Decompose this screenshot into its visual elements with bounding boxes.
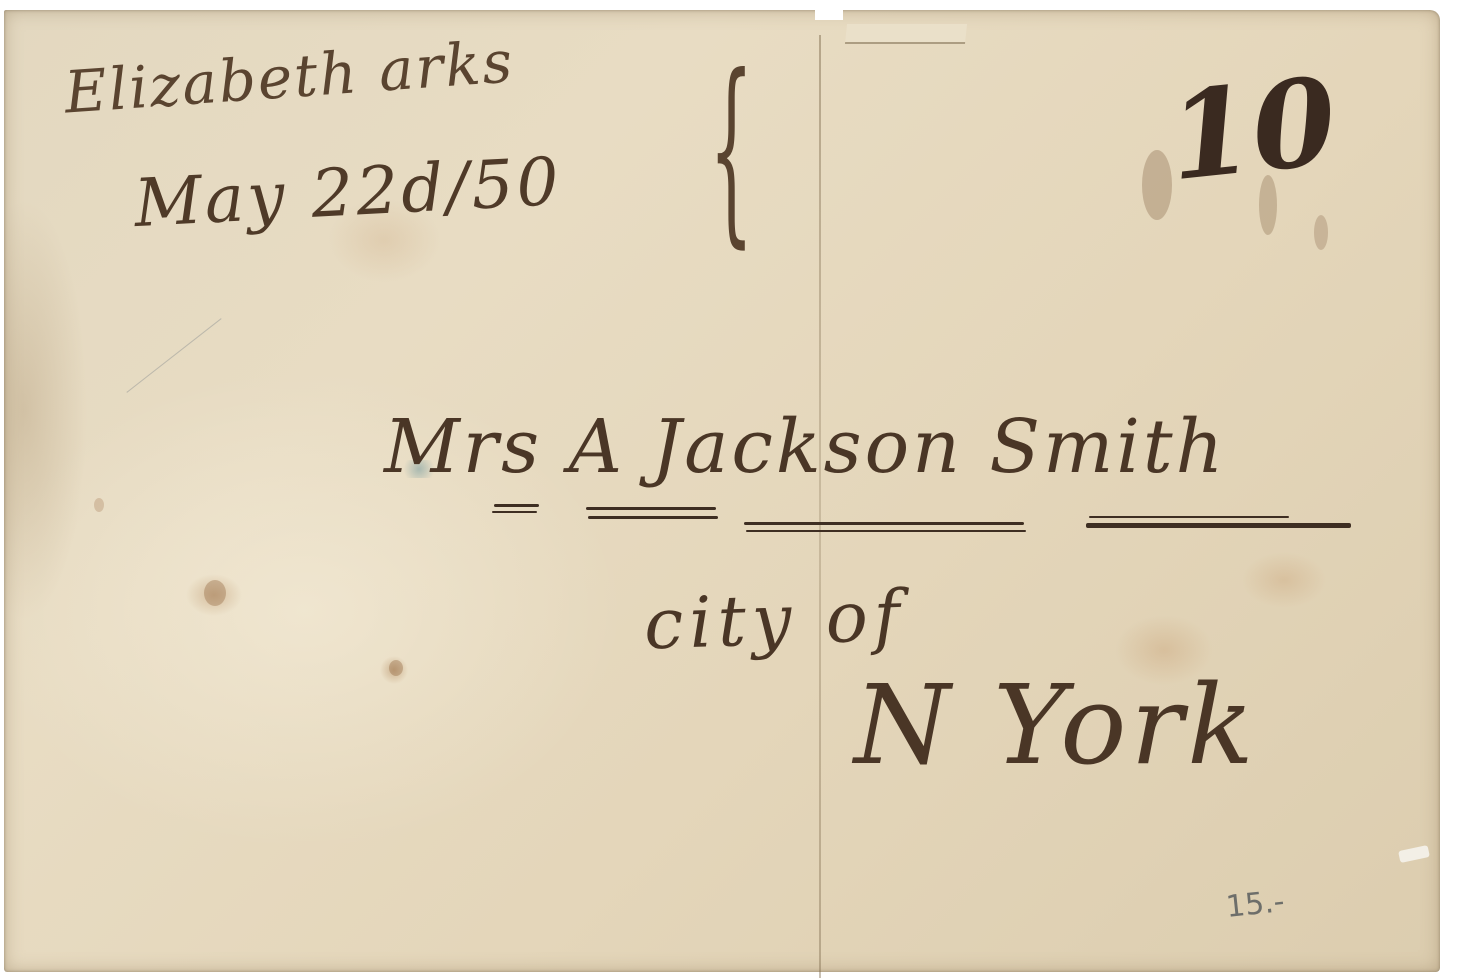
underline	[586, 507, 716, 510]
postage-rate-marking: 10	[1163, 62, 1342, 199]
docket-sender-name: Elizabeth arks	[63, 32, 516, 121]
address-city-line: city of	[643, 580, 907, 659]
faint-pencil-stroke	[126, 318, 221, 393]
pencil-price-note: 15.-	[1225, 887, 1286, 923]
foxing-stain	[204, 580, 226, 606]
ink-blot-stain	[1314, 215, 1328, 250]
edge-tear	[1398, 845, 1430, 863]
addressee-name: Mrs A Jackson Smith	[384, 410, 1226, 484]
underline	[1089, 516, 1289, 518]
underline	[744, 522, 1024, 525]
address-destination: N York	[854, 670, 1258, 780]
underline	[588, 516, 718, 519]
torn-flap	[845, 24, 967, 44]
foxing-stain	[389, 660, 403, 676]
center-fold-crease	[819, 35, 821, 978]
underline	[492, 511, 537, 513]
top-edge-notch	[815, 0, 843, 20]
underline	[494, 504, 539, 507]
ink-blot-stain	[1142, 150, 1172, 220]
docket-brace: {	[709, 50, 723, 260]
envelope: Elizabeth arks May 22d/50 { 10 Mrs A Jac…	[4, 10, 1440, 972]
underline	[746, 530, 1026, 532]
underline	[1086, 523, 1351, 528]
docket-date: May 22d/50	[133, 149, 564, 237]
foxing-stain	[94, 498, 104, 512]
